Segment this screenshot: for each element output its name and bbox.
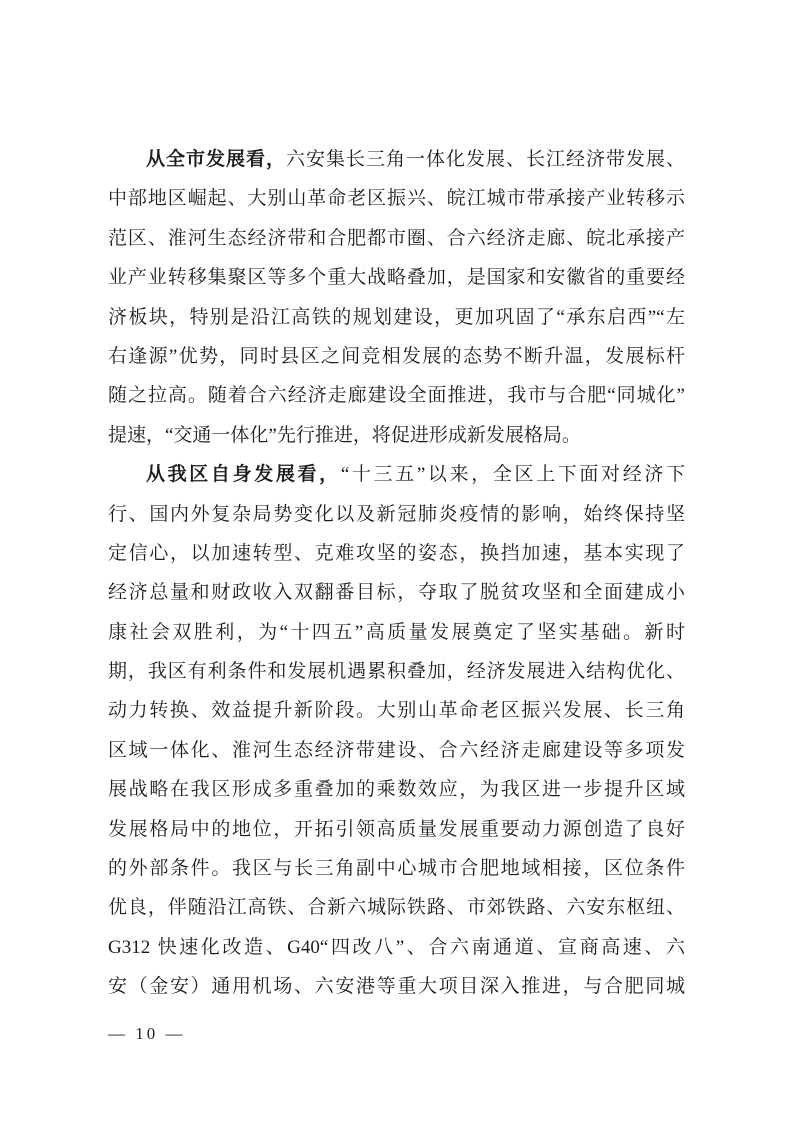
line-text: 济板块，特别是沿江高铁的规划建设，更加巩固了“承东启西”“左 [108,307,685,328]
text-line: 从我区自身发展看，“十三五”以来，全区上下面对经济下 [108,455,685,494]
text-line: 定信心，以加速转型、克难攻坚的姿态，换挡加速，基本实现了 [108,534,685,573]
line-text: 右逢源”优势，同时县区之间竞相发展的态势不断升温，发展标杆 [108,346,685,367]
line-text: 行、国内外复杂局势变化以及新冠肺炎疫情的影响，始终保持坚 [108,504,685,525]
line-text: 期，我区有利条件和发展机遇累积叠加，经济发展进入结构优化、 [108,661,685,682]
document-page: 从全市发展看，六安集长三角一体化发展、长江经济带发展、中部地区崛起、大别山革命老… [0,0,793,1122]
text-line: 范区、淮河生态经济带和合肥都市圈、合六经济走廊、皖北承接产 [108,219,685,258]
text-line: 康社会双胜利，为“十四五”高质量发展奠定了坚实基础。新时 [108,613,685,652]
text-line: 济板块，特别是沿江高铁的规划建设，更加巩固了“承东启西”“左 [108,298,685,337]
line-text: 区域一体化、淮河生态经济带建设、合六经济走廊建设等多项发 [108,740,685,761]
paragraph-lead: 从全市发展看， [146,149,286,170]
text-line: 发展格局中的地位，开拓引领高质量发展重要动力源创造了良好 [108,810,685,849]
text-line: 行、国内外复杂局势变化以及新冠肺炎疫情的影响，始终保持坚 [108,495,685,534]
line-text: 业产业转移集聚区等多个重大战略叠加，是国家和安徽省的重要经 [108,267,685,288]
line-text: 提速，“交通一体化”先行推进，将促进形成新发展格局。 [108,425,581,446]
text-line: 优良，伴随沿江高铁、合新六城际铁路、市郊铁路、六安东枢纽、 [108,888,685,927]
line-text: 优良，伴随沿江高铁、合新六城际铁路、市郊铁路、六安东枢纽、 [108,897,685,918]
line-text: 中部地区崛起、大别山革命老区振兴、皖江城市带承接产业转移示 [108,188,685,209]
line-text: 范区、淮河生态经济带和合肥都市圈、合六经济走廊、皖北承接产 [108,228,685,249]
line-text: 动力转换、效益提升新阶段。大别山革命老区振兴发展、长三角 [108,700,685,721]
text-line: 右逢源”优势，同时县区之间竞相发展的态势不断升温，发展标杆 [108,337,685,376]
line-text: 经济总量和财政收入双翻番目标，夺取了脱贫攻坚和全面建成小 [108,582,685,603]
text-line: 安（金安）通用机场、六安港等重大项目深入推进，与合肥同城 [108,967,685,1006]
page-number: — 10 — [108,1022,186,1046]
text-line: 中部地区崛起、大别山革命老区振兴、皖江城市带承接产业转移示 [108,179,685,218]
text-line: 经济总量和财政收入双翻番目标，夺取了脱贫攻坚和全面建成小 [108,573,685,612]
text-line: 展战略在我区形成多重叠加的乘数效应，为我区进一步提升区域 [108,770,685,809]
text-line: 区域一体化、淮河生态经济带建设、合六经济走廊建设等多项发 [108,731,685,770]
document-body: 从全市发展看，六安集长三角一体化发展、长江经济带发展、中部地区崛起、大别山革命老… [108,140,685,1007]
line-text: 发展格局中的地位，开拓引领高质量发展重要动力源创造了良好 [108,819,685,840]
line-text: 六安集长三角一体化发展、长江经济带发展、 [286,149,685,170]
line-text: 康社会双胜利，为“十四五”高质量发展奠定了坚实基础。新时 [108,622,685,643]
text-line: 期，我区有利条件和发展机遇累积叠加，经济发展进入结构优化、 [108,652,685,691]
text-line: 业产业转移集聚区等多个重大战略叠加，是国家和安徽省的重要经 [108,258,685,297]
text-line: 的外部条件。我区与长三角副中心城市合肥地域相接，区位条件 [108,849,685,888]
line-text: 展战略在我区形成多重叠加的乘数效应，为我区进一步提升区域 [108,779,685,800]
line-text: “十三五”以来，全区上下面对经济下 [341,464,685,485]
text-line: G312 快速化改造、G40“四改八”、合六南通道、宣商高速、六 [108,928,685,967]
text-line: 从全市发展看，六安集长三角一体化发展、长江经济带发展、 [108,140,685,179]
line-text: 定信心，以加速转型、克难攻坚的姿态，换挡加速，基本实现了 [108,543,685,564]
line-text: 的外部条件。我区与长三角副中心城市合肥地域相接，区位条件 [108,858,685,879]
line-text: G312 快速化改造、G40“四改八”、合六南通道、宣商高速、六 [108,937,685,958]
line-text: 随之拉高。随着合六经济走廊建设全面推进，我市与合肥“同城化” [108,385,685,406]
paragraph-lead: 从我区自身发展看， [146,464,341,485]
text-line: 动力转换、效益提升新阶段。大别山革命老区振兴发展、长三角 [108,691,685,730]
text-line: 随之拉高。随着合六经济走廊建设全面推进，我市与合肥“同城化” [108,376,685,415]
line-text: 安（金安）通用机场、六安港等重大项目深入推进，与合肥同城 [108,976,685,997]
text-line: 提速，“交通一体化”先行推进，将促进形成新发展格局。 [108,416,685,455]
